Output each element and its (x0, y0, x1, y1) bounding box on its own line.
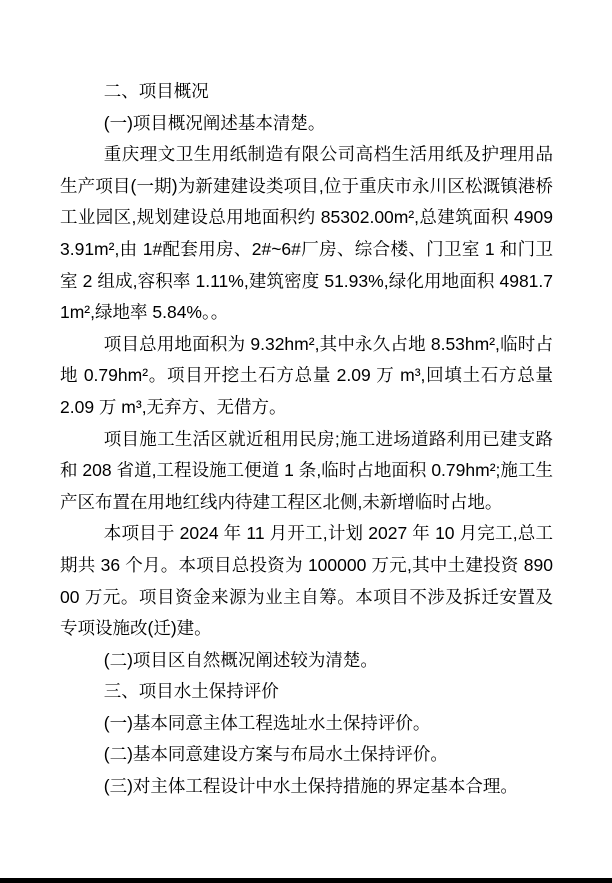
body-paragraph-schedule-investment: 本项目于 2024 年 11 月开工,计划 2027 年 10 月完工,总工期共… (60, 518, 553, 644)
section-heading-project-overview: 二、项目概况 (60, 76, 553, 108)
document-page: 二、项目概况 (一)项目概况阐述基本清楚。 重庆理文卫生用纸制造有限公司高档生活… (0, 0, 612, 883)
body-paragraph-project-description: 重庆理文卫生用纸制造有限公司高档生活用纸及护理用品生产项目(一期)为新建建设类项… (60, 139, 553, 329)
subitem-overview-statement: (一)项目概况阐述基本清楚。 (60, 108, 553, 140)
body-paragraph-construction-site: 项目施工生活区就近租用民房;施工进场道路利用已建支路和 208 省道,工程设施工… (60, 424, 553, 519)
subitem-measures-definition: (三)对主体工程设计中水土保持措施的界定基本合理。 (60, 771, 553, 803)
section-heading-soil-water-evaluation: 三、项目水土保持评价 (60, 676, 553, 708)
body-paragraph-land-area: 项目总用地面积为 9.32hm²,其中永久占地 8.53hm²,临时占地 0.7… (60, 329, 553, 424)
subitem-site-selection-evaluation: (一)基本同意主体工程选址水土保持评价。 (60, 708, 553, 740)
page-bottom-edge (0, 878, 612, 883)
subitem-natural-overview: (二)项目区自然概况阐述较为清楚。 (60, 645, 553, 677)
document-text-block: 二、项目概况 (一)项目概况阐述基本清楚。 重庆理文卫生用纸制造有限公司高档生活… (60, 76, 553, 803)
subitem-layout-evaluation: (二)基本同意建设方案与布局水土保持评价。 (60, 739, 553, 771)
